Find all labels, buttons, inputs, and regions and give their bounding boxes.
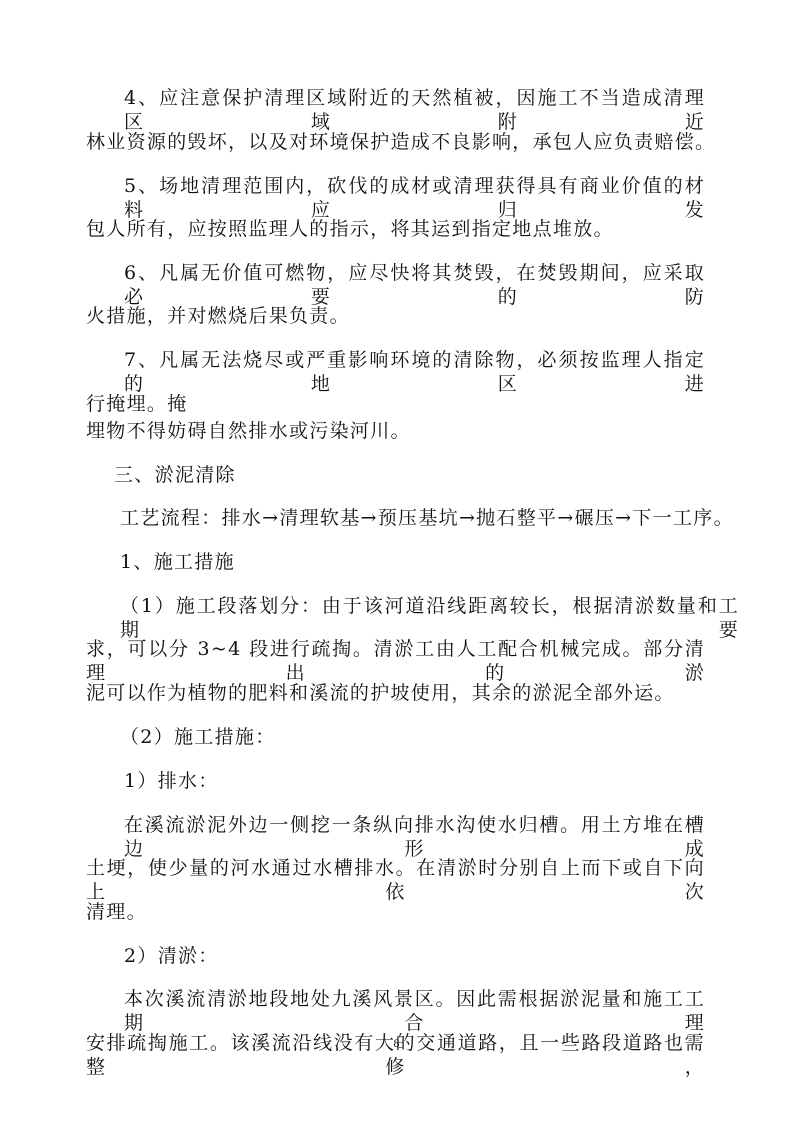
page-number: 8 — [0, 1036, 793, 1051]
text-line: 工艺流程：排水→清理软基→预压基坑→抛石整平→碾压→下一工序。 — [120, 506, 739, 530]
text-line: 林业资源的毁坏，以及对环境保护造成不良影响，承包人应负责赔偿。 — [86, 130, 705, 154]
text-line: 土埂，使少量的河水通过水槽排水。在清淤时分别自上而下或自下向上依次 — [86, 856, 705, 904]
text-line: 行掩埋。掩 — [86, 392, 705, 416]
text-line: 三、淤泥清除 — [114, 463, 733, 487]
text-line: （2）施工措施： — [120, 725, 739, 749]
text-line: 6、凡属无价值可燃物，应尽快将其焚毁，在焚毁期间，应采取必要的防 — [124, 261, 705, 309]
text-line: （1）施工段落划分：由于该河道沿线距离较长，根据清淤数量和工期要 — [120, 594, 739, 642]
document-page: 4、应注意保护清理区域附近的天然植被，因施工不当造成清理区域附近林业资源的毁坏，… — [0, 0, 793, 1122]
text-line: 在溪流淤泥外边一侧挖一条纵向排水沟使水归槽。用土方堆在槽边形成 — [124, 813, 705, 861]
text-line: 1、施工措施 — [120, 550, 739, 574]
text-line: 泥可以作为植物的肥料和溪流的护坡使用，其余的淤泥全部外运。 — [86, 681, 705, 705]
text-line: 1）排水： — [124, 769, 705, 793]
text-line: 求，可以分 3~4 段进行疏掏。清淤工由人工配合机械完成。部分清理出的淤 — [86, 637, 705, 685]
text-line: 4、应注意保护清理区域附近的天然植被，因施工不当造成清理区域附近 — [124, 86, 705, 134]
text-line: 埋物不得妨碍自然排水或污染河川。 — [86, 419, 705, 443]
text-line: 5、场地清理范围内，砍伐的成材或清理获得具有商业价值的材料应归发 — [124, 174, 705, 222]
text-line: 火措施，并对燃烧后果负责。 — [86, 304, 705, 328]
text-line: 7、凡属无法烧尽或严重影响环境的清除物，必须按监理人指定的地区进 — [124, 348, 705, 396]
text-line: 清理。 — [86, 900, 705, 924]
text-line: 2）清淤： — [124, 944, 705, 968]
text-line: 本次溪流清淤地段地处九溪风景区。因此需根据淤泥量和施工工期合理 — [124, 987, 705, 1035]
text-line: 包人所有，应按照监理人的指示，将其运到指定地点堆放。 — [86, 217, 705, 241]
